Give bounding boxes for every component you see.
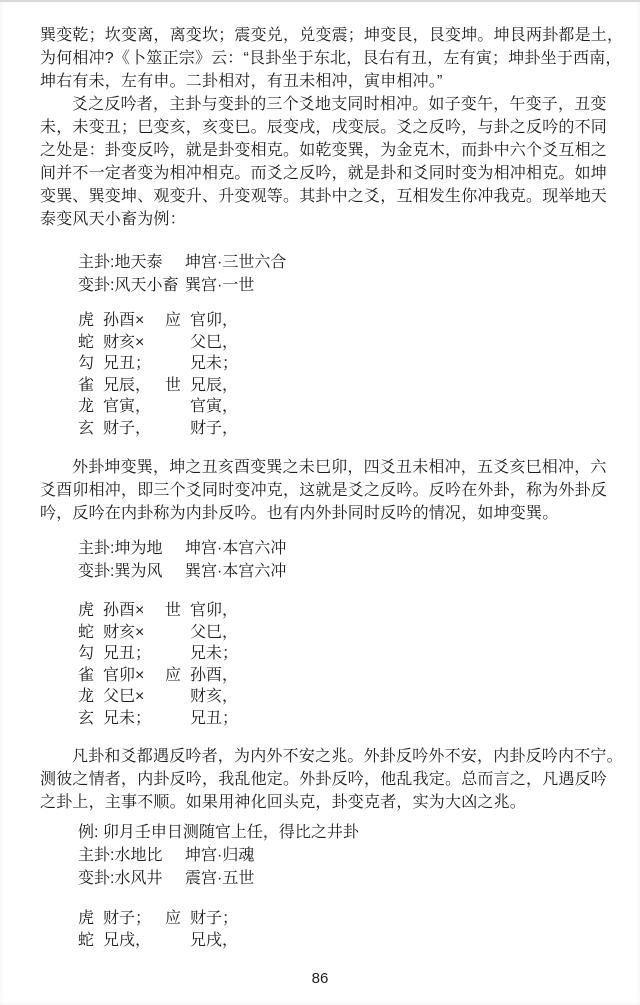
hexagram-header-row: 变卦:风天小畜 巽宫·一世 [78,274,632,297]
six-beast-label: 蛇 [78,622,103,644]
hexagram-name: 变卦:巽为风 [78,560,185,583]
text-line: 未，未变丑；巳变亥，亥变巳。辰变戌，戌变辰。爻之反吟，与卦之反吟的不同 [40,116,632,139]
hexagram-line-row: 虎 财子； 应 财子； [78,908,632,930]
paragraph: 凡卦和爻都遇反吟者，为内外不安之兆。外卦反吟外不安，内卦反吟内不宁。测彼之情者，… [40,745,632,814]
hexagram-palace: 巽宫·一世 [185,274,254,297]
hexagram-header-row: 主卦:坤为地 坤宫·本宫六冲 [78,537,632,560]
changed-hexagram-line: 财子； [190,908,238,930]
hexagram-line-row: 蛇 财亥× 父巳， [78,622,632,644]
hexagram-name: 主卦:坤为地 [78,537,185,560]
hexagram-header-row: 主卦:水地比 坤宫·归魂 [78,844,632,867]
six-beast-label: 虎 [78,310,103,332]
main-hexagram-line: 兄丑； [103,353,165,375]
hexagram-palace: 震宫·五世 [185,867,254,890]
changed-hexagram-line: 孙酉， [190,665,238,687]
changed-hexagram-line: 兄未； [190,643,238,665]
hexagram-palace: 巽宫·本宫六冲 [185,560,286,583]
six-beast-label: 龙 [78,396,103,418]
hexagram-line-row: 蛇 财亥× 父巳， [78,332,632,354]
changed-hexagram-line: 官寅， [190,396,238,418]
text-line: 凡卦和爻都遇反吟者，为内外不安之兆。外卦反吟外不安，内卦反吟内不宁。 [40,745,632,768]
hexagram-name: 主卦:水地比 [78,844,185,867]
hexagram-name: 变卦:水风井 [78,867,185,890]
changed-hexagram-line: 官卯， [190,600,238,622]
hexagram-line-row: 虎 孙酉× 世 官卯， [78,600,632,622]
text-line: 爻酉卯相冲，即三个爻同时变冲克，这就是爻之反吟。反吟在外卦，称为外卦反 [40,479,632,502]
text-line: 间并不一定者变为相冲相克。而爻之反吟，就是卦和爻同时变为相冲相克。如坤 [40,162,632,185]
hexagram-header-row: 主卦:地天泰 坤宫·三世六合 [78,251,632,274]
text-line: 爻之反吟者，主卦与变卦的三个爻地支同时相冲。如子变午，午变子，丑变 [40,93,632,116]
hexagram-table: 虎 财子； 应 财子； 蛇 兄戌， 兄戌， [40,908,632,951]
paragraph: 爻之反吟者，主卦与变卦的三个爻地支同时相冲。如子变午，午变子，丑变未，未变丑；巳… [40,93,632,231]
shi-ying-marker [165,396,190,418]
hexagram-header-row: 变卦:巽为风 巽宫·本宫六冲 [78,560,632,583]
hexagram-header-row: 变卦:水风井 震宫·五世 [78,867,632,890]
text-line: 外卦坤变巽，坤之丑亥酉变巽之未巳卯，四爻丑未相冲，五爻亥巳相冲，六 [40,456,632,479]
hexagram-line-row: 勾 兄丑； 兄未； [78,643,632,665]
hexagram-line-row: 虎 孙酉× 应 官卯， [78,310,632,332]
example-caption: 例: 卯月壬申日测随官上任，得比之井卦 [78,821,632,844]
shi-ying-marker [165,353,190,375]
text-line: 巽变乾；坎变离，离变坎；震变兑，兑变震；坤变艮，艮变坤。坤艮两卦都是土， [40,24,632,47]
hexagram-line-row: 玄 财子， 财子， [78,418,632,440]
six-beast-label: 雀 [78,665,103,687]
shi-ying-marker: 应 [165,310,190,332]
changed-hexagram-line: 兄戌， [190,930,238,952]
shi-ying-marker [165,930,190,952]
main-hexagram-line: 官寅， [103,396,165,418]
main-hexagram-line: 兄辰， [103,375,165,397]
changed-hexagram-line: 父巳， [190,332,238,354]
hexagram-header: 主卦:水地比 坤宫·归魂 变卦:水风井 震宫·五世 [40,844,632,890]
hexagram-palace: 坤宫·三世六合 [185,251,286,274]
main-hexagram-line: 兄未； [103,708,165,730]
changed-hexagram-line: 兄丑； [190,708,238,730]
book-page: 巽变乾；坎变离，离变坎；震变兑，兑变震；坤变艮，艮变坤。坤艮两卦都是土，为何相冲… [0,0,640,1005]
paragraph: 巽变乾；坎变离，离变坎；震变兑，兑变震；坤变艮，艮变坤。坤艮两卦都是土，为何相冲… [40,24,632,93]
six-beast-label: 蛇 [78,930,103,952]
six-beast-label: 龙 [78,686,103,708]
main-hexagram-line: 财子； [103,908,165,930]
changed-hexagram-line: 财亥， [190,686,238,708]
six-beast-label: 勾 [78,643,103,665]
text-line: 之处是：卦变反吟，就是卦变相克。如乾变巽，为金克木，而卦中六个爻互相之 [40,139,632,162]
shi-ying-marker: 应 [165,665,190,687]
hexagram-line-row: 雀 官卯× 应 孙酉， [78,665,632,687]
shi-ying-marker [165,418,190,440]
six-beast-label: 蛇 [78,332,103,354]
shi-ying-marker [165,686,190,708]
main-hexagram-line: 孙酉× [103,600,165,622]
hexagram-name: 变卦:风天小畜 [78,274,185,297]
page-number: 86 [0,970,640,987]
text-line: 为何相冲?《卜筮正宗》云：“艮卦坐于东北，艮右有丑，左有寅；坤卦坐于西南， [40,47,632,70]
text-line: 吟，反吟在内卦称为内卦反吟。也有内外卦同时反吟的情况，如坤变巽。 [40,502,632,525]
shi-ying-marker [165,643,190,665]
shi-ying-marker [165,708,190,730]
hexagram-palace: 坤宫·本宫六冲 [185,537,286,560]
page-content: 巽变乾；坎变离，离变坎；震变兑，兑变震；坤变艮，艮变坤。坤艮两卦都是土，为何相冲… [40,24,632,951]
six-beast-label: 雀 [78,375,103,397]
shi-ying-marker: 应 [165,908,190,930]
shi-ying-marker [165,332,190,354]
main-hexagram-line: 孙酉× [103,310,165,332]
changed-hexagram-line: 财子， [190,418,238,440]
six-beast-label: 虎 [78,600,103,622]
changed-hexagram-line: 兄未； [190,353,238,375]
hexagram-line-row: 蛇 兄戌， 兄戌， [78,930,632,952]
hexagram-line-row: 雀 兄辰， 世 兄辰， [78,375,632,397]
main-hexagram-line: 兄戌， [103,930,165,952]
hexagram-table: 虎 孙酉× 世 官卯， 蛇 财亥× 父巳， 勾 兄丑； 兄未； 雀 官卯× 应 … [40,600,632,729]
text-line: 变巽、巽变坤、观变升、升变观等。其卦中之爻，互相发生你冲我克。现举地天 [40,185,632,208]
six-beast-label: 勾 [78,353,103,375]
hexagram-line-row: 玄 兄未； 兄丑； [78,708,632,730]
changed-hexagram-line: 官卯， [190,310,238,332]
hexagram-header: 主卦:坤为地 坤宫·本宫六冲 变卦:巽为风 巽宫·本宫六冲 [40,537,632,583]
six-beast-label: 玄 [78,708,103,730]
main-hexagram-line: 财亥× [103,332,165,354]
six-beast-label: 玄 [78,418,103,440]
hexagram-line-row: 勾 兄丑； 兄未； [78,353,632,375]
text-line: 测彼之情者，内卦反吟，我乱他定。外卦反吟，他乱我定。总而言之，凡遇反吟 [40,768,632,791]
hexagram-header: 主卦:地天泰 坤宫·三世六合 变卦:风天小畜 巽宫·一世 [40,251,632,297]
hexagram-table: 虎 孙酉× 应 官卯， 蛇 财亥× 父巳， 勾 兄丑； 兄未； 雀 兄辰， 世 … [40,310,632,439]
changed-hexagram-line: 兄辰， [190,375,238,397]
paragraph: 外卦坤变巽，坤之丑亥酉变巽之未巳卯，四爻丑未相冲，五爻亥巳相冲，六爻酉卯相冲，即… [40,456,632,525]
main-hexagram-line: 父巳× [103,686,165,708]
six-beast-label: 虎 [78,908,103,930]
main-hexagram-line: 兄丑； [103,643,165,665]
hexagram-name: 主卦:地天泰 [78,251,185,274]
main-hexagram-line: 财亥× [103,622,165,644]
text-line: 坤右有未，左有申。二卦相对，有丑未相冲，寅申相冲。” [40,70,632,93]
shi-ying-marker: 世 [165,375,190,397]
main-hexagram-line: 官卯× [103,665,165,687]
hexagram-line-row: 龙 官寅， 官寅， [78,396,632,418]
text-line: 泰变风天小畜为例： [40,208,632,231]
hexagram-palace: 坤宫·归魂 [185,844,254,867]
shi-ying-marker [165,622,190,644]
changed-hexagram-line: 父巳， [190,622,238,644]
hexagram-line-row: 龙 父巳× 财亥， [78,686,632,708]
main-hexagram-line: 财子， [103,418,165,440]
text-line: 之卦上，主事不顺。如果用神化回头克，卦变克者，实为大凶之兆。 [40,791,632,814]
shi-ying-marker: 世 [165,600,190,622]
